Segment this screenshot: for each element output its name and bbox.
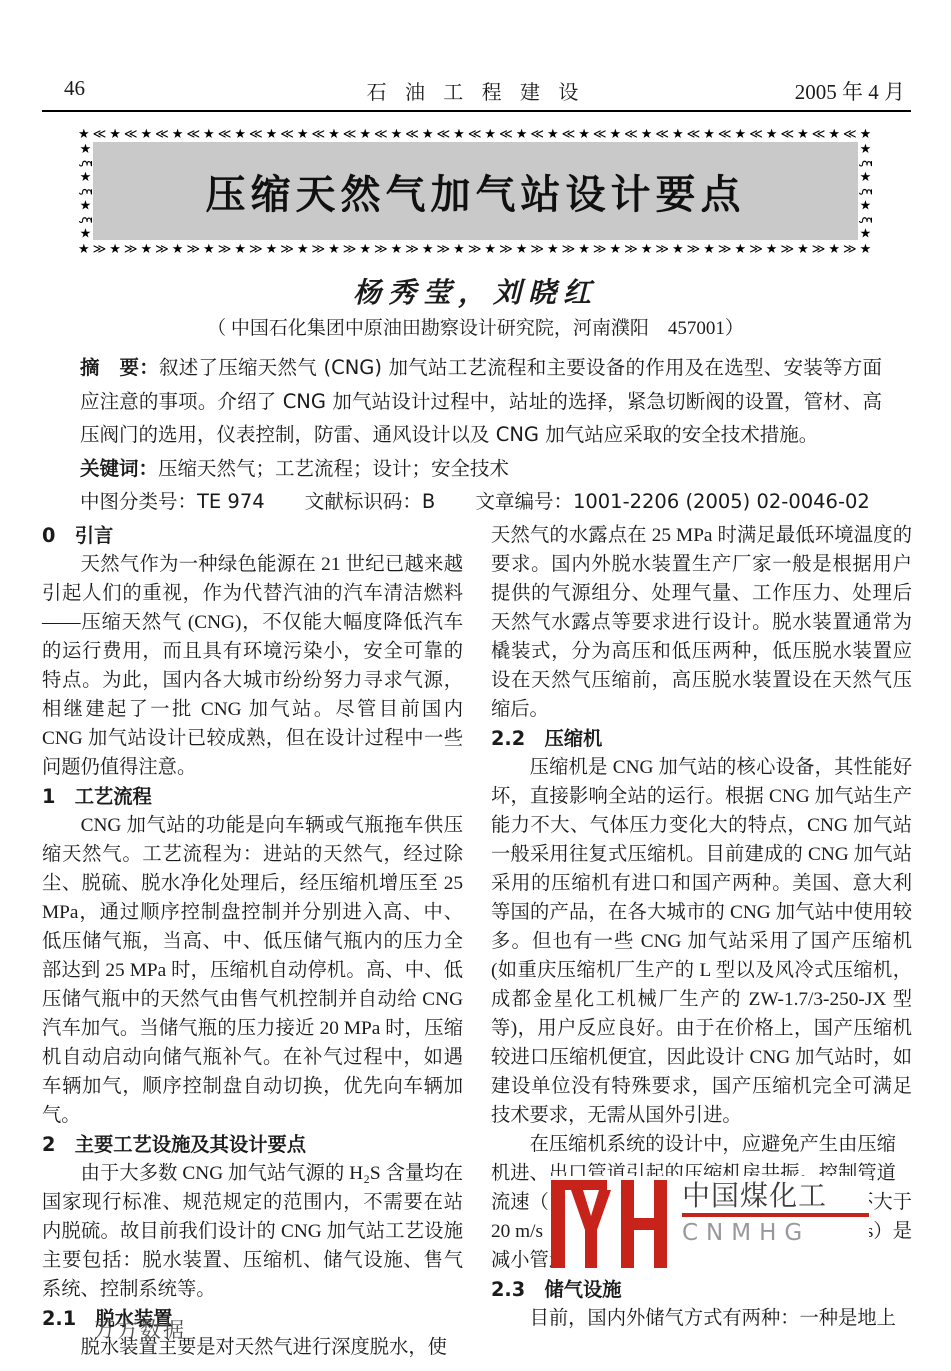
- section-2-2-paragraph: 压缩机是 CNG 加气站的核心设备，其性能好坏，直接影响全站的运行。根据 CNG…: [491, 753, 912, 1130]
- abstract-paragraph: 摘 要：叙述了压缩天然气 (CNG) 加气站工艺流程和主要设备的作用及在选型、安…: [80, 351, 882, 452]
- section-1-heading: 1 工艺流程: [42, 782, 463, 811]
- clc-number: 中图分类号：TE 974: [80, 490, 265, 513]
- cnmhg-logo-icon: [551, 1176, 673, 1268]
- section-2-2-heading: 2.2 压缩机: [491, 724, 912, 753]
- ornament-border-right: ★ξ★ξ★ξ★ξ★ξ: [858, 142, 873, 242]
- title-ornament-box: ★≪★≪★≪★≪★≪★≪★≪★≪★≪★≪★≪★≪★≪★≪★≪★≪★≪★≪★≪★≪…: [78, 126, 873, 258]
- cnmhg-underline: [682, 1213, 869, 1217]
- document-code: 文献标识码：B: [305, 490, 435, 513]
- issue-date: 2005 年 4 月: [795, 76, 905, 106]
- meta-line: 中图分类号：TE 974 文献标识码：B 文章编号：1001-2206 (200…: [80, 485, 882, 519]
- cnmhg-latin-text: CNMHG: [682, 1220, 869, 1246]
- abstract-label: 摘 要：: [80, 356, 159, 379]
- wanfang-watermark: 万方数据: [94, 1314, 186, 1344]
- ornament-border-bottom: ★≫★≫★≫★≫★≫★≫★≫★≫★≫★≫★≫★≫★≫★≫★≫★≫★≫★≫★≫★≫…: [78, 241, 873, 258]
- continuation-paragraph: 天然气的水露点在 25 MPa 时满足最低环境温度的要求。国内外脱水装置生产厂家…: [491, 521, 912, 724]
- article-id: 文章编号：1001-2206 (2005) 02-0046-02: [475, 490, 869, 513]
- section-2-3-heading: 2.3 储气设施: [491, 1275, 912, 1304]
- journal-page: 46 石 油 工 程 建 设 2005 年 4 月 ★≪★≪★≪★≪★≪★≪★≪…: [0, 0, 951, 1371]
- keywords-line: 关键词：压缩天然气；工艺流程；设计；安全技术: [80, 452, 882, 486]
- vibration-line-1: 在压缩机系统的设计中，应避免产生由压缩: [491, 1130, 912, 1159]
- cnmhg-watermark: 中国煤化工 CNMHG: [551, 1176, 869, 1268]
- left-column: 0 引言 天然气作为一种绿色能源在 21 世纪已越来越引起人们的重视，作为代替汽…: [42, 521, 463, 1362]
- section-0-paragraph: 天然气作为一种绿色能源在 21 世纪已越来越引起人们的重视，作为代替汽油的汽车清…: [42, 550, 463, 782]
- ornament-border-top: ★≪★≪★≪★≪★≪★≪★≪★≪★≪★≪★≪★≪★≪★≪★≪★≪★≪★≪★≪★≪…: [78, 126, 873, 143]
- header-rule: [42, 110, 911, 112]
- keywords-label: 关键词：: [80, 457, 158, 480]
- title-background: 压缩天然气加气站设计要点: [93, 142, 858, 240]
- affiliation: （ 中国石化集团中原油田勘察设计研究院，河南濮阳 457001）: [0, 313, 951, 340]
- abstract-block: 摘 要：叙述了压缩天然气 (CNG) 加气站工艺流程和主要设备的作用及在选型、安…: [80, 351, 882, 519]
- section-2-heading: 2 主要工艺设施及其设计要点: [42, 1130, 463, 1159]
- section-1-paragraph: CNG 加气站的功能是向车辆或气瓶拖车供压缩天然气。工艺流程为：进站的天然气，经…: [42, 811, 463, 1130]
- section-0-heading: 0 引言: [42, 521, 463, 550]
- authors: 杨秀莹，刘晓红: [0, 271, 951, 311]
- cnmhg-text-block: 中国煤化工 CNMHG: [682, 1176, 869, 1246]
- ornament-border-left: ★ξ★ξ★ξ★ξ★ξ: [78, 142, 93, 242]
- article-title: 压缩天然气加气站设计要点: [206, 163, 746, 220]
- cnmhg-chinese-text: 中国煤化工: [682, 1180, 869, 1211]
- section-2-paragraph: 由于大多数 CNG 加气站气源的 H₂S 含量均在国家现行标准、规范规定的范围内…: [42, 1159, 463, 1304]
- abstract-text: 叙述了压缩天然气 (CNG) 加气站工艺流程和主要设备的作用及在选型、安装等方面…: [80, 356, 882, 446]
- vibration-line-4-left: 20 m/s: [491, 1217, 543, 1246]
- vibration-line-3-left: 流速（: [491, 1188, 549, 1217]
- keywords-text: 压缩天然气；工艺流程；设计；安全技术: [158, 457, 509, 480]
- section-2-3-paragraph: 目前，国内外储气方式有两种：一种是地上: [491, 1304, 912, 1333]
